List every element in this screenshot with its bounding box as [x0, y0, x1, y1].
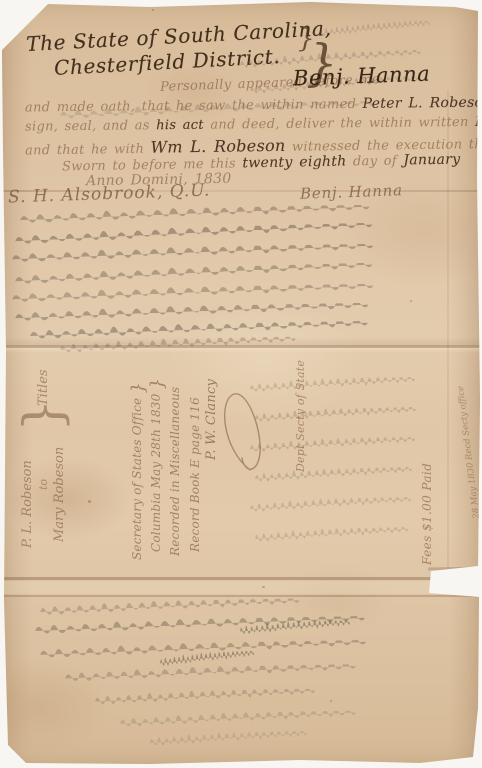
- bleedthrough-line: [35, 614, 455, 634]
- recording-book-line-1: Recorded in Miscellaneous: [168, 387, 182, 556]
- fee-date: 28 May 1830 Recd Secty office: [456, 385, 482, 519]
- bleedthrough-line: [15, 220, 470, 245]
- recording-office-line: Secretary of States Office }: [128, 382, 149, 560]
- brace: }: [128, 382, 149, 394]
- affidavit-text: sign, seal, and as: [25, 118, 156, 134]
- bleedthrough-line: [65, 663, 435, 682]
- docket-block: P. L. Robeson to Mary Robeson } Titles: [20, 372, 82, 548]
- bleedthrough-line: [95, 688, 375, 706]
- docket-party-to: Mary Robeson: [52, 447, 67, 542]
- paper-speck: [262, 586, 265, 588]
- docket-party-from: P. L. Robeson: [20, 460, 35, 548]
- fee-amount: Fees $1.00 Paid: [420, 463, 434, 565]
- recording-block: Secretary of States Office } Columbia Ma…: [128, 370, 316, 560]
- bleedthrough-line: [320, 20, 460, 38]
- recording-place-date: Columbia May 28th 1830 }: [147, 378, 168, 552]
- bleedthrough-line: [40, 597, 370, 616]
- bleedthrough-line: [160, 650, 280, 667]
- recording-date-text: Columbia May 28th 1830: [149, 394, 163, 552]
- bleedthrough-line: [20, 203, 465, 224]
- bleedthrough-line: [30, 319, 460, 340]
- bleedthrough-line: [15, 260, 470, 285]
- affidavit-line: and made oath, that he saw the within na…: [25, 95, 482, 116]
- document-page: The State of South Carolina, } Chesterfi…: [0, 0, 482, 768]
- bleedthrough-line: [12, 242, 472, 263]
- bleedthrough-line: [240, 620, 380, 635]
- brace: }: [147, 378, 168, 390]
- fold-crease-band: [0, 581, 482, 594]
- paper-speck: [330, 700, 332, 702]
- affidavit-text: day of: [346, 154, 403, 170]
- emphasized-text: his act: [156, 118, 204, 133]
- deponent-name: Benj. Hanna: [293, 62, 431, 91]
- bleedthrough-line: [60, 335, 360, 353]
- recording-book-line-2: Record Book E page 116: [188, 397, 202, 552]
- fold-crease: [0, 345, 482, 348]
- docket-label: Titles: [36, 369, 51, 406]
- date-day: twenty eighth: [242, 154, 346, 172]
- docket-connector: to: [37, 479, 50, 490]
- affidavit-text: and deed, deliver the within written: [204, 115, 475, 133]
- bleedthrough-line: [15, 301, 465, 322]
- recording-office-text: Secretary of States Office: [130, 398, 144, 560]
- grantor-name: Peter L. Robeson: [363, 95, 482, 112]
- secretary-title: Dept Secty of State: [294, 360, 307, 472]
- affidavit-text: and that he with: [25, 142, 151, 159]
- deponent-signature: Benj. Hanna: [300, 181, 403, 203]
- date-month: January: [403, 152, 460, 169]
- bleedthrough-line: [40, 638, 455, 658]
- bleedthrough-line: [120, 709, 420, 727]
- fold-crease: [0, 577, 482, 580]
- signature-flourish: [216, 386, 278, 476]
- officer-signature: S. H. Alsobrook, Q.U.: [8, 180, 211, 207]
- fold-crease: [0, 595, 482, 597]
- paper-speck: [410, 300, 412, 302]
- emphasized-text: Deed;: [475, 114, 482, 129]
- fold-crease-shadow: [0, 337, 482, 353]
- fee-note-block: Fees $1.00 Paid 28 May 1830 Recd Secty o…: [420, 415, 480, 565]
- bleedthrough-line: [150, 730, 350, 746]
- affidavit-text: and made oath, that he saw the within na…: [25, 97, 363, 116]
- bleedthrough-line: [12, 282, 472, 303]
- tear-notch-shadow: [428, 567, 480, 571]
- scanned-document: { "heading": { "line1": "The State of So…: [0, 0, 482, 768]
- witness-name: Wm L. Robeson: [150, 136, 285, 157]
- paper-speck: [88, 500, 91, 503]
- affidavit-line: sign, seal, and as his act and deed, del…: [25, 114, 482, 134]
- paper-speck: [152, 9, 154, 11]
